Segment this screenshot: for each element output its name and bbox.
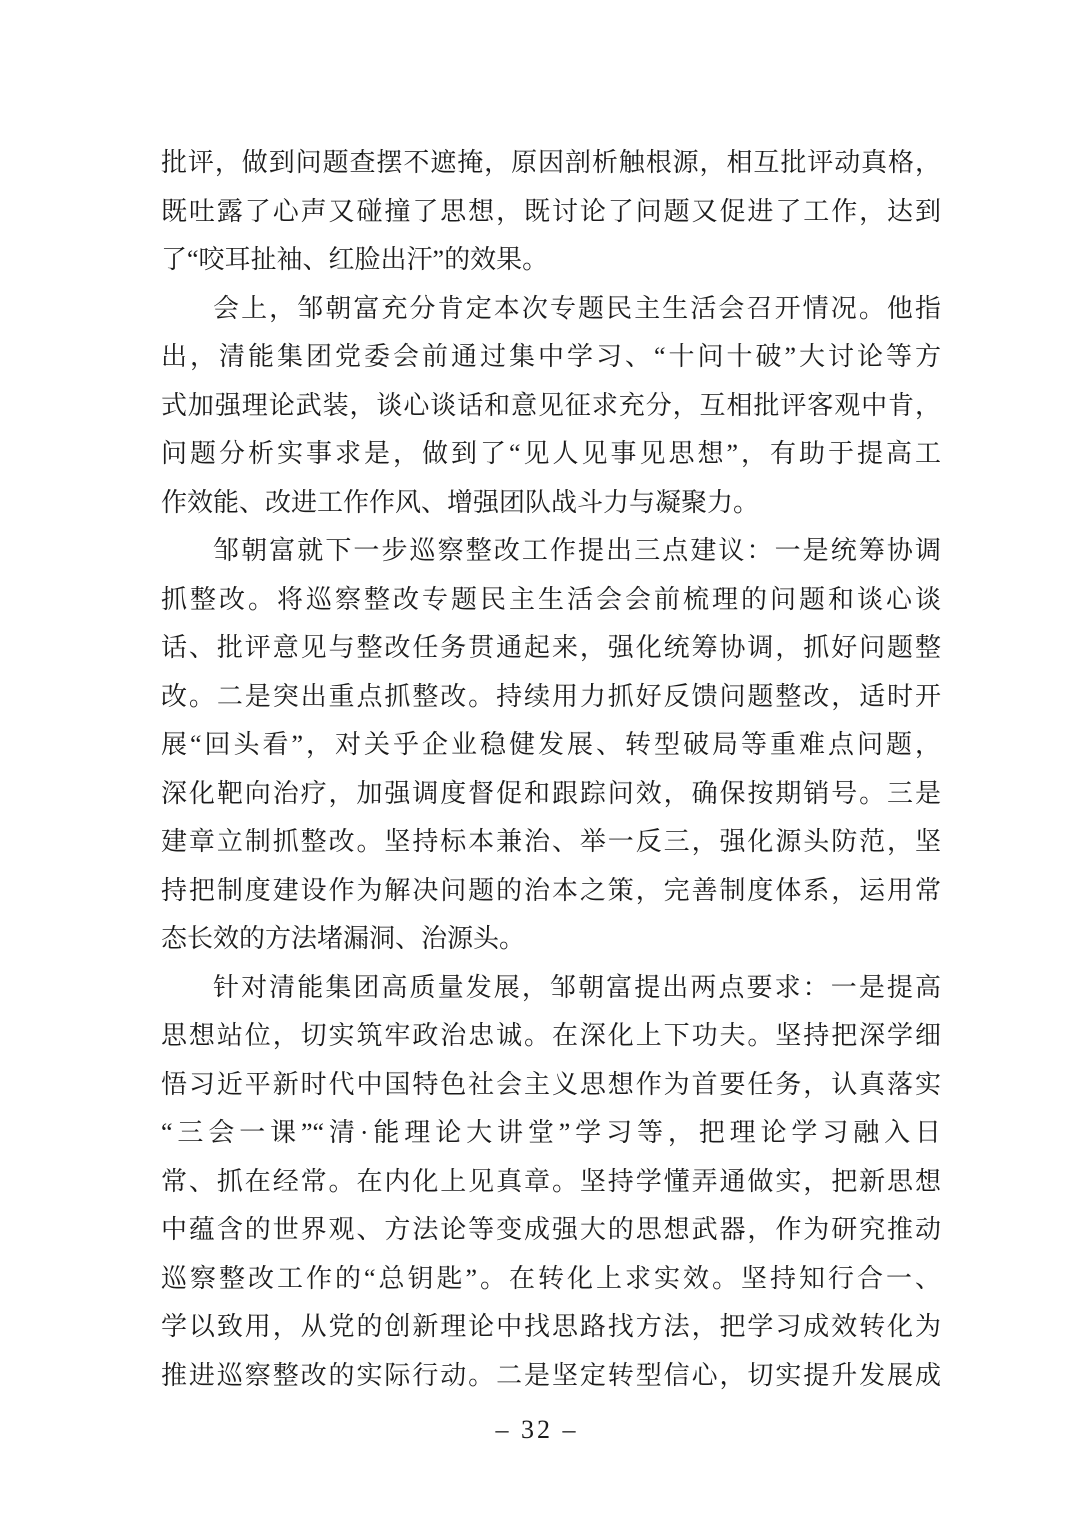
text-line: “三会一课”“清·能理论大讲堂”学习等，把理论学习融入日 [161, 1109, 941, 1158]
text-line: 改。二是突出重点抓整改。持续用力抓好反馈问题整改，适时开 [161, 673, 941, 722]
text-line: 学以致用，从党的创新理论中找思路找方法，把学习成效转化为 [161, 1303, 941, 1352]
paragraph: 批评，做到问题查摆不遮掩，原因剖析触根源，相互批评动真格，既吐露了心声又碰撞了思… [161, 139, 941, 285]
text-line: 了“咬耳扯袖、红脸出汗”的效果。 [161, 236, 941, 285]
text-line: 出，清能集团党委会前通过集中学习、“十问十破”大讨论等方 [161, 333, 941, 382]
text-line: 态长效的方法堵漏洞、治源头。 [161, 915, 941, 964]
text-line: 深化靶向治疗，加强调度督促和跟踪问效，确保按期销号。三是 [161, 770, 941, 819]
page-number: – 32 – [0, 1410, 1074, 1450]
paragraph: 邹朝富就下一步巡察整改工作提出三点建议：一是统筹协调抓整改。将巡察整改专题民主生… [161, 527, 941, 964]
text-line: 展“回头看”，对关乎企业稳健发展、转型破局等重难点问题， [161, 721, 941, 770]
text-line: 式加强理论武装，谈心谈话和意见征求充分，互相批评客观中肯， [161, 382, 941, 431]
paragraph: 会上，邹朝富充分肯定本次专题民主生活会召开情况。他指出，清能集团党委会前通过集中… [161, 285, 941, 528]
document-body: 批评，做到问题查摆不遮掩，原因剖析触根源，相互批评动真格，既吐露了心声又碰撞了思… [161, 139, 941, 1400]
text-line: 悟习近平新时代中国特色社会主义思想作为首要任务，认真落实 [161, 1061, 941, 1110]
text-line: 话、批评意见与整改任务贯通起来，强化统筹协调，抓好问题整 [161, 624, 941, 673]
paragraph: 针对清能集团高质量发展，邹朝富提出两点要求：一是提高思想站位，切实筑牢政治忠诚。… [161, 964, 941, 1401]
text-line: 中蕴含的世界观、方法论等变成强大的思想武器，作为研究推动 [161, 1206, 941, 1255]
text-line: 常、抓在经常。在内化上见真章。坚持学懂弄通做实，把新思想 [161, 1158, 941, 1207]
text-line: 针对清能集团高质量发展，邹朝富提出两点要求：一是提高 [161, 964, 941, 1013]
text-line: 问题分析实事求是，做到了“见人见事见思想”，有助于提高工 [161, 430, 941, 479]
text-line: 思想站位，切实筑牢政治忠诚。在深化上下功夫。坚持把深学细 [161, 1012, 941, 1061]
text-line: 作效能、改进工作作风、增强团队战斗力与凝聚力。 [161, 479, 941, 528]
document-page: 批评，做到问题查摆不遮掩，原因剖析触根源，相互批评动真格，既吐露了心声又碰撞了思… [0, 0, 1074, 1520]
text-line: 既吐露了心声又碰撞了思想，既讨论了问题又促进了工作，达到 [161, 188, 941, 237]
text-line: 抓整改。将巡察整改专题民主生活会会前梳理的问题和谈心谈 [161, 576, 941, 625]
text-line: 持把制度建设作为解决问题的治本之策，完善制度体系，运用常 [161, 867, 941, 916]
text-line: 建章立制抓整改。坚持标本兼治、举一反三，强化源头防范，坚 [161, 818, 941, 867]
text-line: 批评，做到问题查摆不遮掩，原因剖析触根源，相互批评动真格， [161, 139, 941, 188]
text-line: 推进巡察整改的实际行动。二是坚定转型信心，切实提升发展成 [161, 1352, 941, 1401]
text-line: 会上，邹朝富充分肯定本次专题民主生活会召开情况。他指 [161, 285, 941, 334]
text-line: 邹朝富就下一步巡察整改工作提出三点建议：一是统筹协调 [161, 527, 941, 576]
text-line: 巡察整改工作的“总钥匙”。在转化上求实效。坚持知行合一、 [161, 1255, 941, 1304]
